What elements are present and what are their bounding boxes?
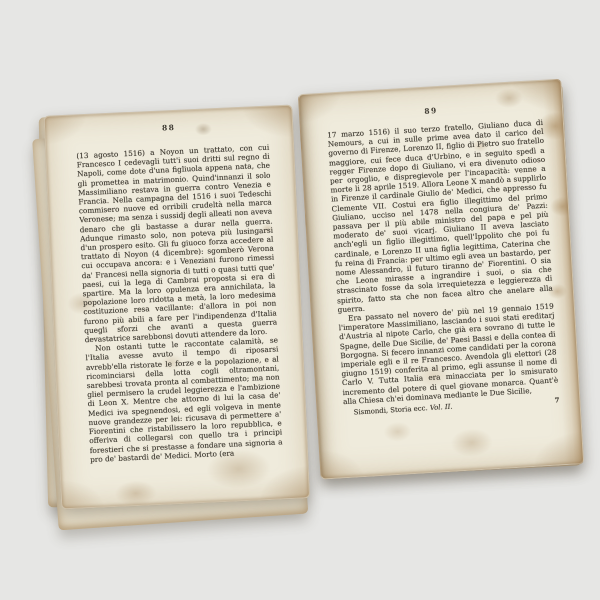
paragraph: Non ostanti tutte le raccontate calamità…	[85, 336, 283, 464]
open-book: 88 (13 agosto 1516) a Noyon un trattato,…	[43, 85, 575, 510]
signature-number: 7	[554, 396, 559, 404]
left-page-text: (13 agosto 1516) a Noyon un trattato, co…	[76, 143, 283, 464]
paragraph: Era passato nel novero de' più nel 19 ge…	[338, 302, 559, 407]
footer-volume: Vol. II.	[430, 403, 453, 412]
photo-background: 88 (13 agosto 1516) a Noyon un trattato,…	[0, 0, 600, 600]
paragraph: (13 agosto 1516) a Noyon un trattato, co…	[76, 143, 278, 345]
footer-work-title: Sismondi, Storia ecc. Vol. II.	[354, 403, 453, 417]
paragraph: 17 marzo 1516) il suo terzo fratello, Gi…	[327, 118, 554, 315]
left-page-number: 88	[45, 118, 292, 138]
right-page-text: 17 marzo 1516) il suo terzo fratello, Gi…	[327, 118, 559, 406]
right-page-stack: 89 17 marzo 1516) il suo terzo fratello,…	[298, 79, 582, 478]
left-page-stack: 88 (13 agosto 1516) a Noyon un trattato,…	[44, 105, 309, 508]
left-page: 88 (13 agosto 1516) a Noyon un trattato,…	[44, 105, 311, 510]
right-page: 89 17 marzo 1516) il suo terzo fratello,…	[298, 79, 584, 480]
